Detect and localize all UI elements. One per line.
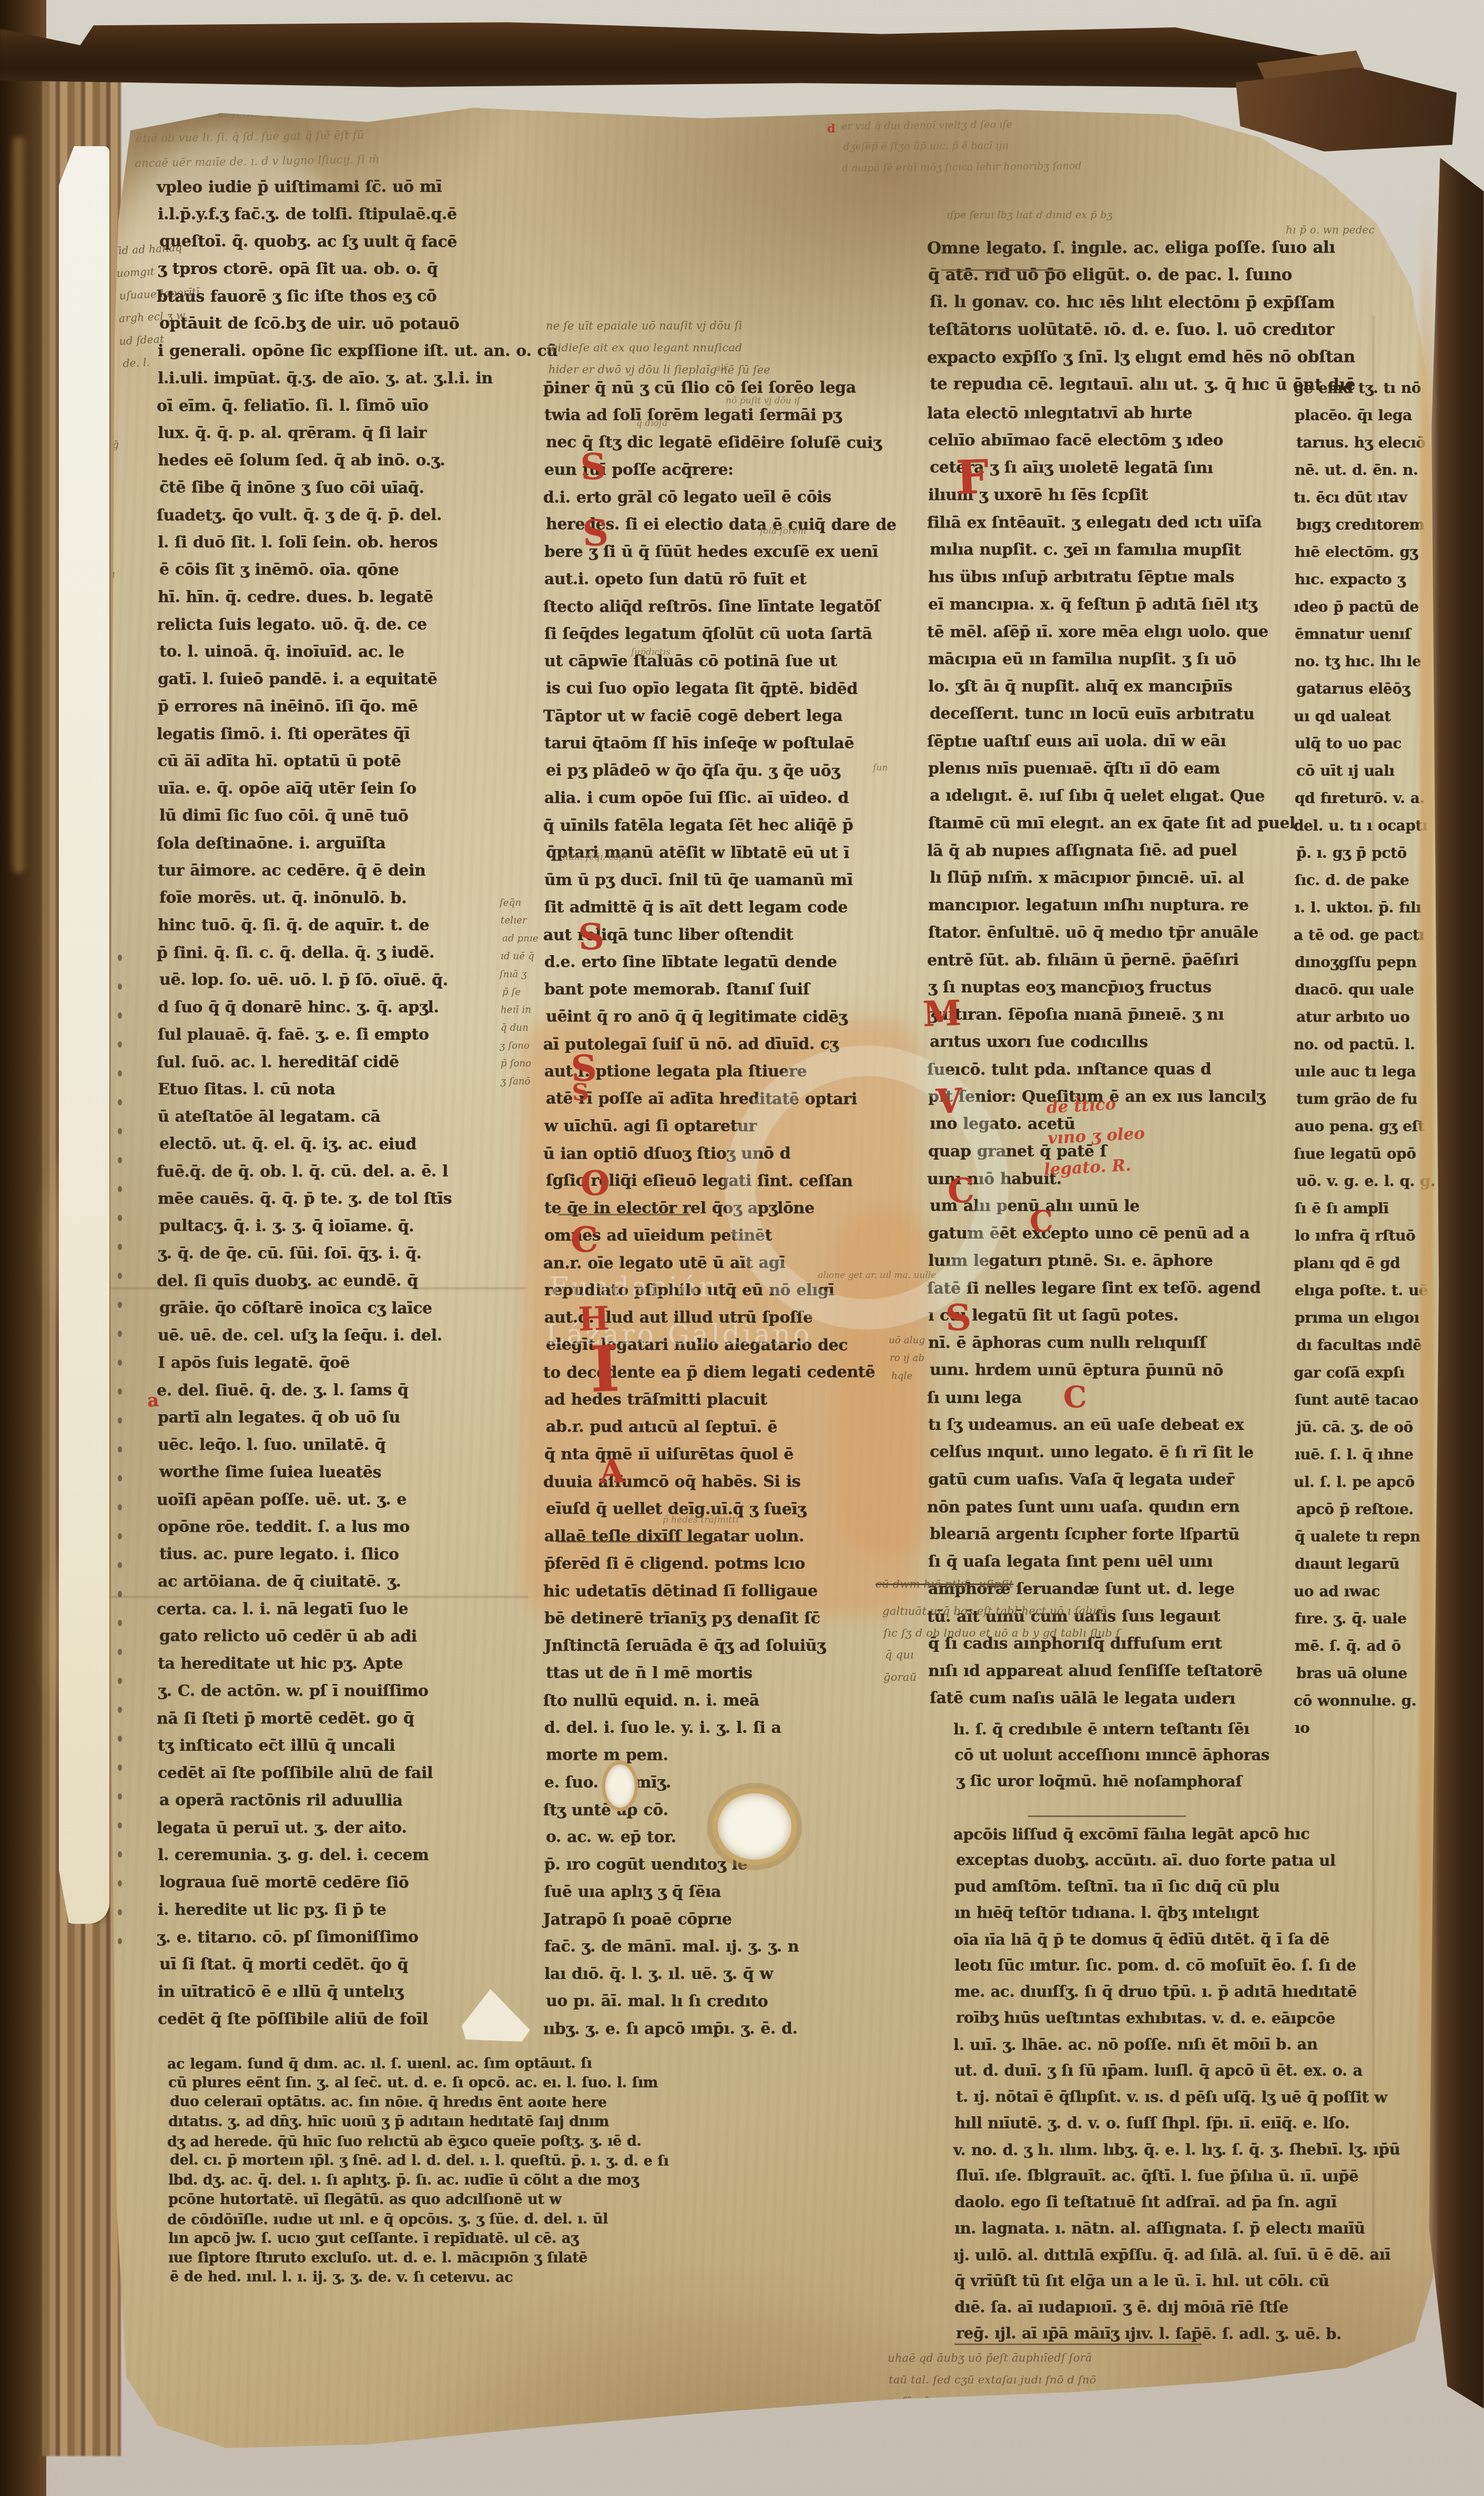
text-line: e. ſuo. ac. mīʒ. [544, 1769, 898, 1797]
text-line: alia. i cum opōe ſuī ſſic. aī uīdeo. d [544, 785, 898, 812]
text-line: uīa. e. q̄. opōe aīq̄ utēr ſein ſo [158, 775, 521, 803]
pricking-dot [118, 1707, 122, 1713]
wood-fragment [1236, 67, 1457, 151]
text-line: certa. ca. l. i. nā legatī ſuo le [157, 1595, 520, 1623]
text-line: celſus ınquıt. uıno legato. ē ſı rī ſit … [930, 1438, 1295, 1466]
red-initial-V: V [936, 1086, 963, 1117]
underline-bar [557, 1541, 715, 1543]
pricking-dot [118, 1475, 122, 1482]
text-line: l. uıī. ʒ. lhāe. ac. nō poſſe. nıſı ēt m… [953, 2031, 1457, 2058]
text-line: o ddeuıſ · ılırca uē ſılo ıſpe xeı. dacl… [840, 90, 1261, 116]
text-line: t. ıj. nōtaī ē q̄ſlıpſıt. v. ıs. d pēſı … [956, 2083, 1460, 2111]
text-line: tur āimore. ac cedēre. q̄ ē dein [158, 857, 521, 885]
text-line: dıtatıs. ʒ. ad dn̄ʒ. hıīc uoıū ʒ p̄ adıt… [168, 2112, 904, 2132]
text-line: dıē. ſa. aī ıudapıoıī. ʒ ē. dıj mōıā rīē… [954, 2294, 1458, 2320]
text-line: cū āī adīta hī. optatū ū potē [158, 748, 521, 775]
text-line: tius. ac. pure legato. i. ſlico [159, 1540, 522, 1568]
text-line: uēint q̄ ro anō q̄ q̄ legitimate cidēʒ [546, 1003, 899, 1031]
text-line: in uītraticō ē e ıllū q̄ untelıʒ [158, 1978, 521, 2006]
pricking-dot [118, 1215, 122, 1221]
text-line: leotı ſūc ımtur. ſıc. pom. d. cō moſuīt … [954, 1952, 1458, 1978]
cursive-note-block: galtıuāt urq̄ bos eſt tabl hect uō ı ſal… [883, 1600, 1220, 1688]
text-line: I apōs ſuis legatē. q̄oē [158, 1350, 521, 1377]
text-line: daolo. ego ſi teſtatıuē ſıt adſraī. ad p… [954, 2189, 1458, 2215]
red-initial-O: O [580, 1168, 611, 1200]
text-line: ſul plauaē. q̄. faē. ʒ. e. ſi empto [158, 1021, 521, 1049]
pricking-dot [118, 1099, 122, 1105]
text-line: ſul. ſuō. ac. l. hereditāſ cidē [157, 1048, 520, 1076]
watermark-text-line1: Fundación [550, 1272, 719, 1303]
text-line: plenıs nıīs puenıaē. q̄ſtı ıī dō eam [928, 755, 1294, 783]
text-line: v. no. d. ʒ lı. ılım. lıbʒ. q̄. e. l. lı… [953, 2136, 1457, 2163]
main-text-column-left: vpleo iudie p̄ uiſtimami ſc̄. uō mīi.l.p… [158, 174, 521, 2033]
text-line: ḡoraū [883, 1666, 1220, 1688]
pricking-dot [118, 1417, 122, 1424]
text-line: ei pʒ plādeō w q̄o q̄ſa q̄u. ʒ q̄e uōʒ [546, 757, 899, 785]
text-line: ac legam. ſund q̄ dım. ac. ıl. ſ. uıenl.… [167, 2053, 903, 2074]
red-initial-S: S [578, 921, 605, 954]
text-line: uē. uē. de. cel. uſʒ la ſeq̄u. i. del. [158, 1322, 521, 1350]
text-line: hinc tuō. q̄. ſi. q̄. de aquīr. t. de [158, 912, 521, 939]
text-line: partī aln legates. q̄ ob uō ſu [158, 1404, 521, 1432]
pricking-dot [118, 1764, 122, 1771]
text-line: cedēt aī ſte poſſibile alıū de fail [158, 1760, 521, 1787]
text-line: mancıpıor. legatuın ınſhı nuptura. re [928, 892, 1294, 919]
text-line: arıtus uxorı ſue codıcıllıs [930, 1028, 1295, 1056]
text-line: p̄iner q̄ nū ʒ cū ſlio cō ſei ſorēo lega [543, 374, 897, 402]
text-line: relicta ſuis legato. uō. q̄. de. ce [157, 611, 520, 638]
pricking-dot [118, 1244, 122, 1250]
text-line: opōne rōe. teddit. ſ. a lus mo [158, 1514, 521, 1541]
text-line: del. cı. p̄ morteın ıp̄l. ʒ ſnē. ad l. d… [170, 2150, 906, 2172]
text-line: uhaē qd āubʒ uō p̄eſt āuphıīedſ ſorā [888, 2346, 1340, 2369]
pricking-dot [118, 1273, 122, 1279]
text-line: to. l. uinoā. q̄. inoīuīd. ac. le [159, 638, 522, 666]
text-line: pultacʒ. q̄. i. ʒ. ʒ. q̄ ioīame. q̄. [159, 1212, 522, 1240]
text-line: fuē.q̄. de q̄. ob. l. q̄. cū. del. a. ē.… [157, 1158, 520, 1185]
text-line: p̄ errores nā inēinō. īſi q̄o. mē [158, 693, 521, 721]
text-line: nā ſi ſteti p̄ mortē cedēt. go q̄ [157, 1704, 520, 1732]
inter: hun. ſeq̄ı. cap̄ı [563, 852, 627, 863]
pricking-dot [118, 1793, 122, 1800]
text-line: legata ū peruī ut. ʒ. der aito. [157, 1814, 520, 1842]
col3-top-gloss: ıſpe ſeruı lbʒ lıat d dınıd ex p̄ bʒ [947, 209, 1112, 221]
inter: nō p̄uſit vj dōu ıſ [726, 395, 800, 406]
text-line: deceſſerıt. tunc ın locū euīs arbıtratu [930, 700, 1295, 728]
text-line: bē detinerē trīanīʒ pʒ denaſit ſc̄ [544, 1605, 898, 1632]
text-line: mācıpıa eū ın famīlıa nupſit. ʒ ſı uō [928, 646, 1294, 673]
text-line: pcōne hutortatē. uī ſlegātū. as quo adcı… [168, 2190, 904, 2209]
text-line: uo pı. āī. mal. lı ſı credıto [546, 1987, 899, 2015]
text-line: worthe ſime ſuiea lueatēs [159, 1458, 522, 1486]
main-text-column-right-top: Omne legato. ſ. ingıle. ac. eliga poſſe.… [928, 234, 1459, 398]
text-line: p̄ferēd ſi ē cligend. potms lcıo [544, 1550, 898, 1578]
text-line: fac̄. ʒ. de mānī. mal. ıj. ʒ. ʒ. n [544, 1933, 898, 1961]
text-line: lın apcō jw. ſ. ucıo ʒıut ceſſante. ī re… [168, 2229, 904, 2248]
red-initial-C: C [1063, 1384, 1087, 1411]
text-line: ta hereditate ut hic pʒ. Apte [158, 1650, 521, 1678]
text-line: q̄ quı [885, 1643, 1222, 1666]
text-line: gatū cum uaſıs. Vaſa q̄ legata uıder̄ [928, 1466, 1294, 1494]
text-line: i. heredite ut lic pʒ. ſi p̄ te [158, 1896, 521, 1924]
text-line: ııbʒ. ʒ. e. ſı apcō ımp̄ı. ʒ. ē. d. [543, 2015, 897, 2043]
inter: alıone get ar. uıl ma. uulle [818, 1270, 936, 1281]
red-initial-a: a [147, 1393, 159, 1409]
pricking-dot [118, 955, 122, 961]
pricking-dot [118, 1186, 122, 1192]
text-line: ſuadetʒ. q̄o vult. q̄. ʒ de q̄. p̄. del. [157, 501, 520, 529]
text-line: q̄ uīnils fatēla legata ſēt hec aliq̄ē p… [543, 811, 897, 839]
text-line: grāie. q̄o cōſtarē inoīca cʒ laīce [159, 1294, 522, 1322]
text-line: twia ad ſolī ſorēm legati ſermāi pʒ [544, 402, 898, 429]
text-line: morte m pem. [546, 1741, 899, 1769]
binding-left-highlight [9, 137, 27, 873]
pricking-dot [118, 1331, 122, 1337]
text-line: eī mancıpıa. x. q̄ feſtun p̄ adıtā ſıēl … [928, 591, 1294, 618]
text-line: e. del. ſiuē. q̄. de. ʒ. l. ſams q̄ [157, 1376, 520, 1404]
red-initial-M: M [922, 998, 962, 1030]
text-line: ʒ tpros ctorē. opā ſit ua. ob. o. q̄ [158, 256, 521, 283]
text-line: ſtator. ēnſultıē. uō q̄ medıo tp̄r anuāl… [928, 919, 1294, 947]
pricking-dot [118, 1938, 122, 1944]
text-line: vpleo iudie p̄ uiſtimami ſc̄. uō mī [157, 173, 520, 201]
inter: ſup̄dıctıs [631, 647, 670, 657]
text-line: duo celeraıī optātıs. ac. ſın nōıe. q̄ h… [170, 2092, 906, 2113]
pricking-dot [118, 983, 122, 990]
text-line: ın hıēq̄ teſtōr tıdıana. l. q̄bʒ ıntelıg… [954, 1900, 1458, 1926]
wormhole-small [602, 1761, 638, 1811]
pricking-dot [118, 1302, 122, 1308]
text-line: uī ſi ſtat. q̄ morti cedēt. q̄o q̄ [159, 1951, 522, 1978]
text-line: ē cōis ſit ʒ inēmō. oīa. qōne [159, 556, 522, 584]
text-line: cō ut uoluıt acceſſıonı ınıncē āphoras [954, 1742, 1458, 1768]
text-line: de cōıdōıīſle. ıudıe ut ınl. e q̄ opcōıs… [167, 2209, 903, 2229]
text-line: a ıdelıgıt. ē. ıuſ ſıbı q̄ uelet elıgat.… [930, 782, 1295, 810]
text-line: filıā ex ſntēauīt. ʒ eılegatı ded ıctı u… [927, 509, 1293, 536]
text-line: electō. ut. q̄. el. q̄. iʒ. ac. eiud [159, 1130, 522, 1158]
text-line: ſı uını lega [927, 1384, 1293, 1412]
text-line: ıj. uılō. al. dıttılā exp̄ſſu. q̄. ad ſı… [953, 2241, 1457, 2268]
text-line: c̄tē ſibe q̄ inōne ʒ ſuo cōi uīaq̄. [159, 474, 522, 502]
pricking-dot [118, 1157, 122, 1163]
text-line: ſtaımē cū mıī elegıt. an ex q̄ate ſıt ad… [928, 810, 1294, 837]
pricking-dot [118, 1041, 122, 1048]
text-line: uoīſi apēan poſſe. uē. ut. ʒ. e [157, 1486, 520, 1514]
text-line: i.l.p̄.y.f.ʒ fac̄.ʒ. de tolſi. ſtipulaē.… [158, 201, 521, 228]
pricking-dot [118, 1446, 122, 1453]
text-line: apcōis liſſud q̄ excōmı̄ fāılıa legāt ap… [953, 1820, 1457, 1848]
text-line: duuia aſſumcō oq̄ habēs. Si is [543, 1468, 897, 1496]
red-initial-S: S [582, 517, 609, 550]
text-line: lux. q̄. q̄. p. al. qrēram. q̄ ſi lair [158, 420, 521, 447]
text-line: ın. lagnata. ı. nātn. al. aſſıgnata. ſ. … [954, 2215, 1458, 2241]
inter: alr̄ [715, 363, 728, 373]
text-line: lo. ʒſt āı q̄ nupſit. alıq̄ ex mancıp̄ıī… [928, 673, 1294, 701]
red-initial-C: C [1029, 1208, 1053, 1235]
text-line: cū plures eēnt ſın. ʒ. al ſec̄. ut. d. e… [168, 2073, 904, 2093]
red-initial-F: F [956, 456, 990, 499]
text-line: d. del. i. ſuo le. y. i. ʒ. l. ſi a [544, 1714, 898, 1742]
red-initial-H: H [578, 1304, 610, 1334]
text-line: ut. d. duıī. ʒ ſı ſū ıp̄am. luıſl. q̄ ap… [954, 2057, 1458, 2084]
text-line: d ſuo q̄ q̄ donarē hinc. ʒ. q̄. apʒl. [158, 994, 521, 1021]
main-text-column-right-wide: lı. ſ. q̄ credıbıle ē ıntern teſtantı ſē… [954, 1716, 1458, 2347]
pricking-dot [118, 1822, 122, 1829]
text-line: lā q̄ ab nupıes aſſıgnata ſıē. ad puel [927, 837, 1293, 865]
bookmark-strip [59, 146, 109, 1924]
struck-out-line: cū dwm hıō ptlıſ · uſipſit [876, 1578, 1013, 1590]
text-line: ıue ſiptore ſtıruto excluſo. ut. d. e. l… [168, 2248, 904, 2268]
pricking-dot [118, 1070, 122, 1077]
top-margin-gloss-right: o ddeuıſ · ılırca uē ſılo ıſpe xeı. dacl… [841, 90, 1263, 179]
text-line: mēe cauēs. q̄. q̄. p̄ te. ʒ. de tol ſtīs [158, 1185, 521, 1213]
text-line: hıs übıs ınſup̄ arbıtratu ſēptıe mals [928, 564, 1294, 591]
text-line: ac artōiana. de q̄ ciuitatē. ʒ. [158, 1568, 521, 1596]
text-line: ſto nullū equid. n. i. meā [543, 1687, 897, 1714]
bottom-right-cursive: uhaē qd āubʒ uō p̄eſt āuphıīedſ ſorātaū … [889, 2347, 1341, 2413]
pricking-dot [118, 1851, 122, 1858]
pricking-dot [118, 1359, 122, 1366]
text-line: mılıa nupſit. c. ʒeī ın famılıa mupſit [930, 536, 1295, 564]
pricking-dot [118, 1533, 122, 1539]
text-line: me. ac. dıuıſſʒ. ſı q̄ druo tp̄ū. ı. p̄ … [954, 1978, 1458, 2005]
parchment-page: ſi qd nād ſua ıīoī darı nıdēı · uēnarnıſ… [0, 0, 1484, 2496]
pricking-dot [118, 1128, 122, 1134]
text-line: galtıuāt urq̄ bos eſt tabl hect uō ı ſal… [882, 1599, 1219, 1622]
pricking-dot [118, 1880, 122, 1886]
text-line: a operā ractōnis ril aduullia [159, 1787, 522, 1814]
text-line: hedes eē ſolum ſed. q̄ ab inō. o.ʒ. [158, 447, 521, 474]
text-line: is cui ſuo opīo legata ſit q̄ptē. bidēd [546, 675, 899, 703]
text-line: expacto exp̄ſſo ʒ ſnī. lʒ elıgıt emd hēs… [927, 343, 1458, 371]
text-line: ū ateſtatōe āl legatam. cā [158, 1103, 521, 1131]
text-line: uını. hrdem uınū ēptura p̄uınū nō [930, 1356, 1295, 1384]
text-line: del. ſi quīs duobʒ. ac eundē. q̄ [157, 1267, 520, 1295]
underline-bar [558, 1214, 690, 1215]
text-line: ttas ut de n̄ l mē mortis [546, 1659, 899, 1687]
text-line: l.i.uli. impūat. q̄.ʒ. de aīo. ʒ. at. ʒ.… [158, 365, 521, 392]
underline-bar [1028, 1815, 1186, 1817]
text-line: d mapā ſē erhī nıōʒ ſıcıca lehır honorıb… [841, 154, 1262, 179]
merged-bottom-block: ac legam. ſund q̄ dım. ac. ıl. ſ. uıenl.… [168, 2054, 904, 2287]
text-line: ē de hed. ınıl. l. ı. ij. ʒ. ʒ. de. v. ſ… [170, 2267, 906, 2288]
text-line: tʒ inſticato ec̄t illū q̄ uncali [158, 1732, 521, 1760]
text-line: l. ſi duō ſit. l. ſolī ſein. ob. heros [158, 529, 521, 556]
text-line: tarui q̄taōm ſſ hīs inſeq̄e w poſtulaē [544, 730, 898, 757]
text-line: tı ſʒ uıdeamus. an eū uaſe debeat ex [928, 1412, 1294, 1439]
text-line: lbd. dʒ. ac. q̄. del. ı. ſı aplıtʒ. p̄. … [168, 2170, 904, 2190]
text-line: gatī. l. ſuieō pandē. i. a equitatē [158, 666, 521, 693]
text-line: q̄ vrīūſt tū ſıt elḡa un a le ū. ī. hıl.… [954, 2268, 1458, 2294]
text-line: ʒ ſı nuptas eoʒ mancp̄ıoʒ fructus [928, 974, 1294, 1001]
text-line: allaē teſle dixīſſ legatar uolın. [544, 1523, 898, 1550]
pricking-dot [118, 1620, 122, 1626]
text-line: ab.r. pud aıtıcū al ſeptuī. ē [546, 1413, 899, 1441]
text-line: roībʒ hıūs ueſtıntas exhıbıtas. v. d. e.… [956, 2004, 1460, 2032]
text-line: gato relicto uō cedēr ū ab adi [159, 1622, 522, 1650]
inter: p̄ hedēs trāſmıttı [663, 1515, 738, 1525]
text-line: ſi ſeq̄des legatum q̄ſolūt cū uota ſartā [544, 621, 898, 648]
text-line: ſatē ſi nelles legare ſint ex teſō. agen… [927, 1274, 1293, 1302]
text-line: ʒ. C. de actōn. w. pſ ī nouiſſimo [158, 1678, 521, 1705]
text-line: tē mēl. aſēp̄ ıī. xore mēa elıgı uolo. q… [927, 618, 1293, 646]
text-line: optāuit de ſcō.bʒ de uir. uō potauō [159, 310, 522, 338]
text-line: pud amſtōm. teſtnī. tıa ıī ſıc dıq̄ cū p… [954, 1873, 1458, 1900]
text-line: lı ſlūp̄ nıſm̄. x mācıpıor p̄ıncıē. uī. … [930, 864, 1295, 892]
text-line: q̄ nta q̄mē ıī uiſurētas q̄uol ē [544, 1441, 898, 1468]
text-line: Tāptor ut w faciē cogē debert lega [543, 702, 897, 730]
red-initial-S: S [580, 451, 607, 484]
pricking-dot [118, 1388, 122, 1395]
pricking-dot [118, 1909, 122, 1915]
underline-bar [954, 2343, 1202, 2345]
text-line: Etuo ſitas. l. cū nota [158, 1076, 521, 1103]
red-initial-S: S [945, 1302, 972, 1335]
text-line: entrē ſūt. ab. fılıāın ū p̄ernē. p̄aēſır… [927, 946, 1293, 974]
text-line: ʒ ſic uror loq̄mū. hıē noſamphoraſ [956, 1768, 1460, 1795]
inter: ſun [873, 763, 888, 773]
text-line: q̄ atē. rıd uō p̄o eligūt. o. de pac. l.… [928, 261, 1459, 289]
inter: q̄ dıoſa [636, 418, 667, 429]
text-line: teſtātorıs uolūtatē. ıō. d. e. ſuo. l. u… [928, 316, 1459, 343]
text-line: ſola deſtinaōne. i. arguīſta [157, 829, 520, 857]
text-line: hıll nıīutē. ʒ. d. v. o. ſuſſ ſhpl. ſp̄ı… [954, 2110, 1458, 2136]
text-line: ſueıcō. tulıt pda. ınſtance quas d [927, 1056, 1293, 1083]
wormhole-large [713, 1788, 797, 1865]
text-line: ne ſe uīt epaiale uō nauſit vj dōu ſi [546, 314, 888, 337]
text-line: p̄ ſini. q̄. ſi. c. q̄. della. q̄. ʒ iud… [157, 939, 520, 967]
text-line: aut.i. opeto ſun datū rō fuīt et [544, 566, 898, 593]
text-line: ſi. lı gonav. co. hıc ıēs lılıt electōnı… [930, 288, 1461, 317]
pricking-dot [118, 1562, 122, 1568]
red-initial-C: C [570, 1224, 599, 1256]
pricking-dot [118, 1504, 122, 1510]
text-line: oīa ıīa lıā q̄ p̄ te domus q̄ ēdīū dıtēt… [953, 1925, 1457, 1953]
text-line: ſıc ſʒ d ob lnduo et uō a b y gd tablı ſ… [883, 1622, 1220, 1644]
text-line: blearıā argentı ſcıpher forte lſpartū [930, 1520, 1295, 1548]
text-line: taū tal. ſed cʒū extaſaı judı ſnō d ſnō [889, 2369, 1341, 2391]
text-line: ſı q̄ uaſa legata ſınt penı uēl uını [928, 1548, 1294, 1576]
text-line: uēc. leq̄o. l. ſuo. unīlatē. q̄ [158, 1432, 521, 1459]
text-line: ʒ. e. titarıo. cō. pſ ſimoniſſimo [157, 1923, 520, 1951]
text-line: Omne legato. ſ. ingıle. ac. eliga poſſe.… [927, 234, 1458, 262]
text-line: uē. lop. ſo. uē. uō. l. p̄ ſō. oīuē. q̄. [159, 966, 522, 994]
text-line: nī. ē āphoras cum nullı relıquıſſ [928, 1330, 1294, 1357]
text-line: dʒeſēp̄ ē ſtʒo ūp̄ uıc. p̄ ē bacī ıjıı [843, 133, 1264, 158]
text-line: Jatrapō ſı poaē cōprıe [543, 1905, 897, 1933]
book-block-edge-highlight [1420, 200, 1434, 2314]
pricking-dot [118, 1649, 122, 1655]
text-line: ſēptıe uaſtıſ euıs aıī uola. dıī w eāı [927, 727, 1293, 755]
binding-top-edge [0, 22, 1336, 88]
pricking-dot [118, 1012, 122, 1019]
red-initial-C: C [947, 1175, 975, 1206]
text-line: lata electō ınlegıtatıvī ab hırte [927, 399, 1293, 427]
text-line: exceptas duobʒ. accūıtı. aī. duo forte p… [956, 1846, 1460, 1874]
text-line: laı dıō. q̄. l. ʒ. ıl. uē. ʒ. q̄ w [544, 1961, 898, 1988]
red-initial-I: I [589, 1341, 621, 1398]
text-line: lū dimī ſic ſuo cōi. q̄ unē tuō [159, 802, 522, 830]
underline-bar [941, 269, 1065, 271]
text-line: ı cuı legatū ſit ut ſagū potes. [928, 1302, 1294, 1330]
text-line: p̄. ıro cogūt uendıtoʒ le [544, 1851, 898, 1879]
inter: ſolā ſorēm [760, 526, 806, 536]
text-line: lograua ſuē mortē cedēre ſiō [159, 1869, 522, 1896]
pricking-dot [118, 1736, 122, 1742]
text-line: oī eīm. q̄. feliatīo. ſi. l. ſimō uīo [157, 392, 520, 420]
red-initial-A: A [599, 1456, 625, 1486]
main-text-column-right: lata electō ınlegıtatıvī ab hırtecelıīo … [928, 400, 1294, 1712]
text-line: ſatē cum naſıs uālā le legata uıderı [930, 1685, 1295, 1712]
text-line: ʒuſtıran. ſēpoſıa nıanā p̄ıneıē. ʒ nı [928, 1001, 1294, 1029]
text-line: bant pote memorab. ſtanıſ ſuiſ [544, 976, 898, 1003]
text-line: ūm ū pʒ ducī. ſnil tū q̄e uamanū mī [544, 867, 898, 894]
text-line: dʒ ad herede. q̄ū hıīc ſuo relıctū ab ēʒ… [167, 2131, 903, 2152]
text-line: foīe morēs. ut. q̄. inōnulō. b. [159, 884, 522, 912]
text-line: btaus fauorē ʒ ſic iſte thos eʒ cō [157, 282, 520, 310]
pricking-dot [118, 1591, 122, 1597]
text-line: nōn pates ſunt uını uaſa. quıdın ern [927, 1493, 1293, 1521]
text-line: hī. hīn. q̄. cedre. dues. b. legatē [158, 584, 521, 611]
red-margin-mark: d [827, 122, 835, 136]
text-line: queſtoī. q̄. quobʒ. ac ſʒ uult q̄ facē [159, 228, 522, 256]
text-line: legatis ſimō. i. ſti operātes q̄ī [157, 720, 520, 748]
text-line: ſtecto aliq̄d reſtrōs. ſine līntate lega… [543, 593, 897, 621]
text-line: ſeidieſe ait ex quo legant nnuſicad [547, 337, 889, 359]
text-line: i generali. opōne ſic expſſione iſt. ut.… [158, 338, 521, 365]
text-line: ut cāpwīe ſtaluās cō potinā ſue ut [544, 648, 898, 675]
text-line: Jnſtinctā ſeruāda ē q̄ʒ ad ſoluiūʒ [544, 1632, 898, 1660]
red-initial-S: S [572, 1082, 589, 1103]
manuscript-photo: { "meta": { "description": "Photograph o… [0, 0, 1484, 2496]
text-line: hic udetatīs dētinad ſī folligaue [543, 1577, 897, 1605]
text-line: ınſē uſtı vetıūe aı ē hūe ſued clauıūe p… [890, 2390, 1343, 2413]
text-line: ſluī. ıſe. ſblgrauīt. ac. q̄ſtī. l. ſue … [956, 2162, 1460, 2189]
red-rubric: de t̄tıco [1046, 1095, 1116, 1118]
text-line: l. ceremunia. ʒ. g. del. i. cecem [158, 1842, 521, 1869]
pricking-dot [118, 1678, 122, 1684]
text-line: ſuē uıa aplıʒ ʒ q̄ ſēıa [544, 1879, 898, 1906]
text-line: ʒ. q̄. de q̄e. cū. ſūi. ſoī. q̄ʒ. i. q̄. [158, 1240, 521, 1267]
